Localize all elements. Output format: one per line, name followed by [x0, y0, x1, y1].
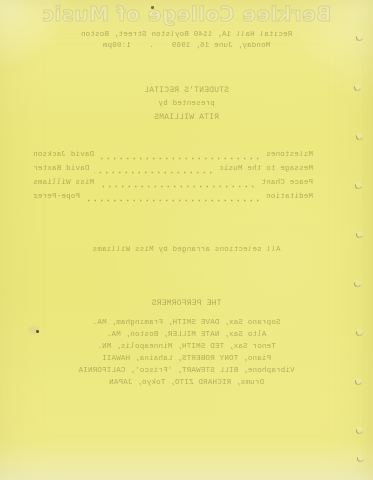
recital-title: STUDENT'S RECITAL: [0, 84, 373, 98]
performers-heading: THE PERFORMERS: [0, 299, 373, 308]
performer-line: Drums, RICHARD ZITO, Tokyo, JAPAN: [0, 378, 373, 390]
paper-speck: [36, 330, 39, 333]
program-title: Peace Chant: [261, 179, 313, 187]
program-row: Message to the Music David Baxter: [33, 165, 313, 179]
paper-speck: [151, 6, 154, 9]
program-credit: Miss Williams: [33, 179, 94, 187]
dotted-leader: [99, 157, 261, 160]
program-title: Message to the Music: [219, 165, 313, 173]
performer-name: RITA WILLIAMS: [0, 111, 373, 125]
scanned-program-page: Berklee College of Music Recital Hall 1A…: [0, 0, 373, 480]
time-text: 1:00pm: [103, 42, 131, 50]
address-line: Recital Hall 1A, 1140 Boylston Street, B…: [0, 31, 373, 39]
program-row: Peace Chant Miss Williams: [33, 179, 313, 193]
program-list: Milestones David Jackson Message to the …: [33, 151, 313, 207]
title-block: STUDENT'S RECITAL presented by RITA WILL…: [0, 84, 373, 125]
performers-list: Soprano Sax, DAVE SMITH, Framingham, MA.…: [0, 318, 373, 389]
date-line: Monday, June 16, 1969 . 1:00pm: [0, 42, 373, 50]
arranged-by-line: All selections arranged by Miss Williams: [0, 246, 373, 254]
mirrored-text-layer: Berklee College of Music Recital Hall 1A…: [0, 0, 373, 480]
dotted-leader: [85, 199, 261, 202]
performer-line: Alto Sax, NATE MILLER, Boston, MA.: [0, 330, 373, 342]
performer-line: Soprano Sax, DAVE SMITH, Framingham, MA.: [0, 318, 373, 330]
dotted-leader: [99, 185, 256, 188]
program-row: Meditation Pope-Perez: [33, 193, 313, 207]
program-title: Milestones: [266, 151, 313, 159]
berklee-logo: Berklee College of Music: [0, 2, 373, 26]
presented-by: presented by: [0, 98, 373, 112]
date-separator: .: [149, 42, 154, 50]
program-credit: Pope-Perez: [33, 193, 80, 201]
performer-line: Vibraphone, BILL STEWART, 'Frisco', CALI…: [0, 366, 373, 378]
date-text: Monday, June 16, 1969: [172, 42, 271, 50]
performer-line: Tenor Sax, TED SMITH, Minneapolis, MN.: [0, 342, 373, 354]
performer-line: Piano, TONY ROBERTS, Lahaina, HAWAII: [0, 354, 373, 366]
program-credit: David Jackson: [33, 151, 94, 159]
dotted-leader: [94, 171, 214, 174]
program-row: Milestones David Jackson: [33, 151, 313, 165]
program-credit: David Baxter: [33, 165, 89, 173]
program-title: Meditation: [266, 193, 313, 201]
